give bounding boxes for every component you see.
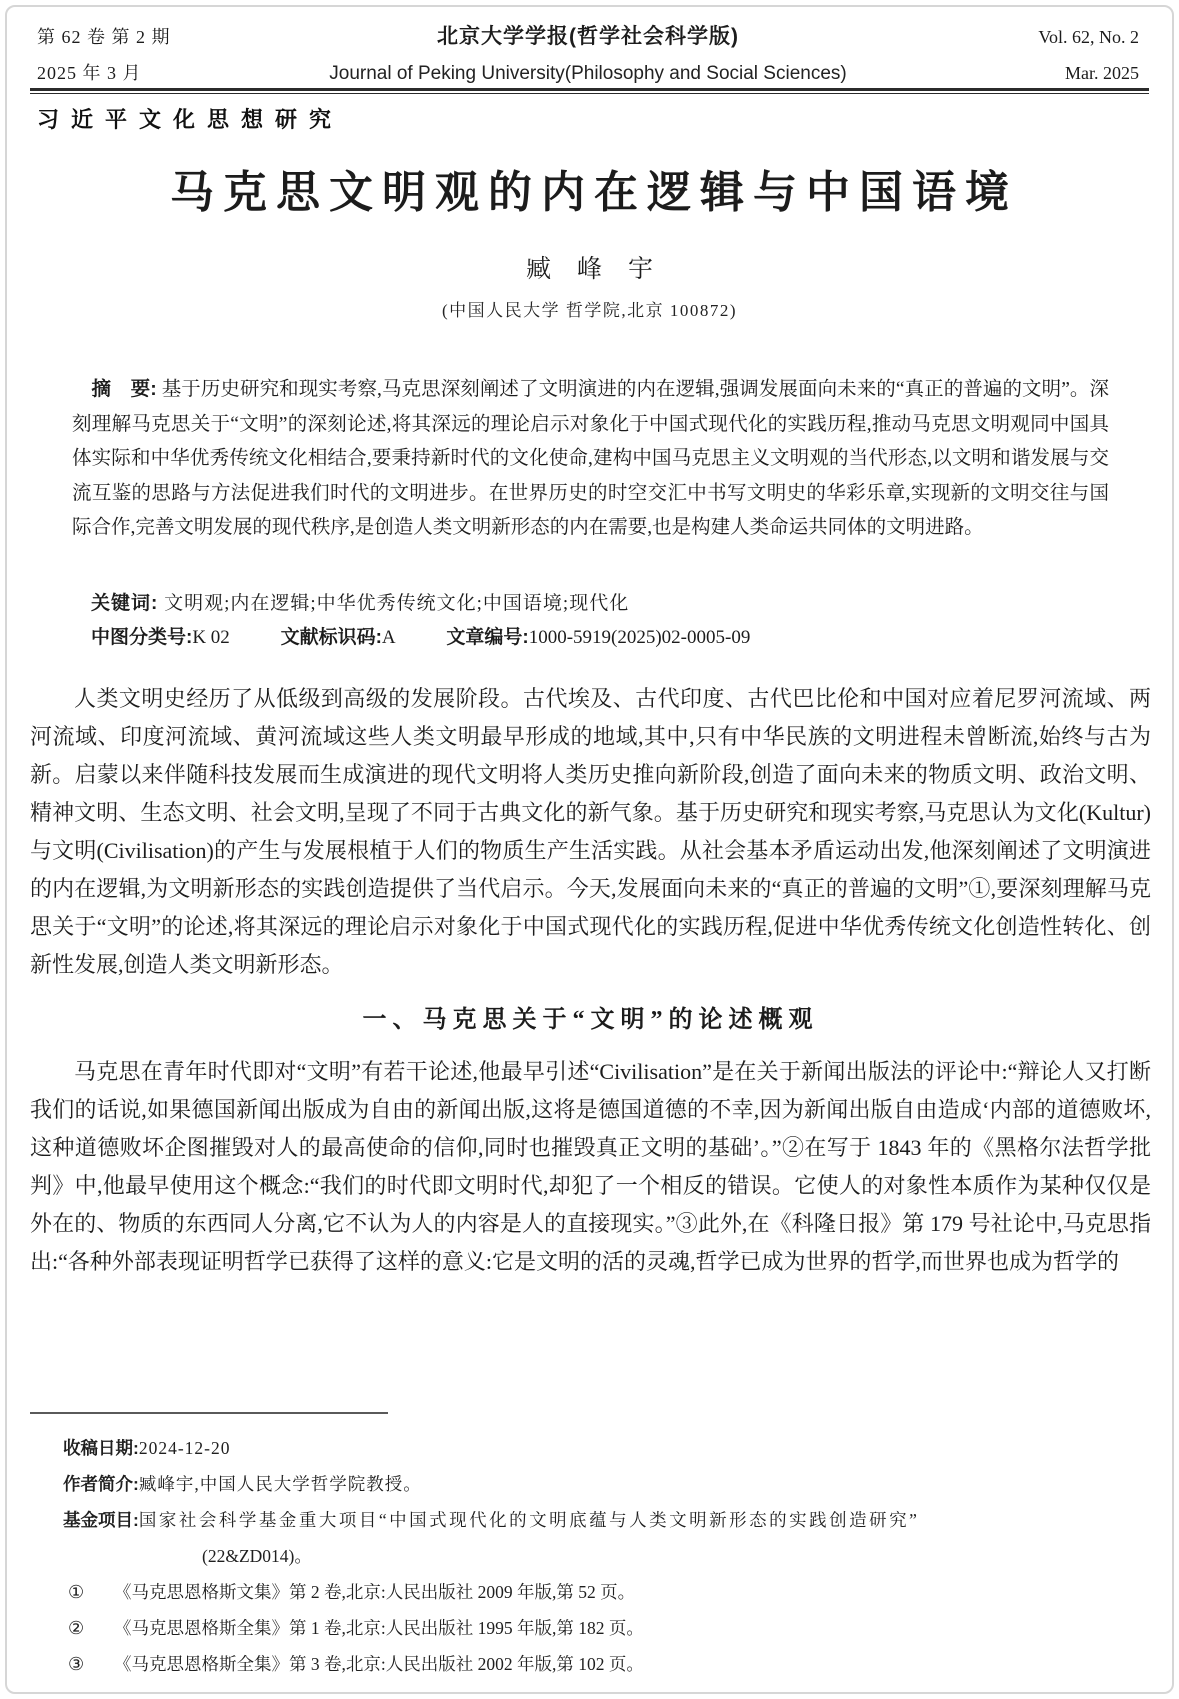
journal-page: 第 62 卷 第 2 期 北京大学学报(哲学社会科学版) Vol. 62, No… xyxy=(0,0,1179,1699)
author-bio-label: 作者简介: xyxy=(63,1466,139,1502)
body-paragraph-1: 人类文明史经历了从低级到高级的发展阶段。古代埃及、古代印度、古代巴比伦和中国对应… xyxy=(30,680,1151,984)
received-date-label: 收稿日期: xyxy=(63,1430,139,1466)
author-bio-value: 臧峰宇,中国人民大学哲学院教授。 xyxy=(139,1466,422,1502)
doc-code-group: 文献标识码:A xyxy=(281,627,396,648)
footnote-3-text: 《马克思恩格斯全集》第 3 卷,北京:人民出版社 2002 年版,第 102 页… xyxy=(114,1646,644,1682)
masthead-divider xyxy=(30,88,1149,94)
body-paragraph-2: 马克思在青年时代即对“文明”有若干论述,他最早引述“Civilisation”是… xyxy=(30,1053,1151,1281)
fund-project-label: 基金项目: xyxy=(63,1502,139,1538)
divider-thin-line xyxy=(30,93,1149,94)
author-bio-line: 作者简介: 臧峰宇,中国人民大学哲学院教授。 xyxy=(30,1466,1139,1502)
clc-label: 中图分类号: xyxy=(91,627,192,648)
footnote-2-text: 《马克思恩格斯全集》第 1 卷,北京:人民出版社 1995 年版,第 182 页… xyxy=(114,1610,644,1646)
keywords-label: 关键词: xyxy=(91,593,158,614)
article-id-value: 1000-5919(2025)02-0005-09 xyxy=(529,627,751,648)
article-title: 马克思文明观的内在逻辑与中国语境 xyxy=(0,156,1179,220)
doc-code-label: 文献标识码: xyxy=(281,627,382,648)
abstract-label: 摘 要: xyxy=(92,378,157,400)
footnote-1-marker: ① xyxy=(68,1574,114,1610)
volume-issue-en: Vol. 62, No. 2 xyxy=(739,27,1139,48)
keywords-line: 关键词: 文明观;内在逻辑;中华优秀传统文化;中国语境;现代化 xyxy=(72,588,1109,615)
doc-code-value: A xyxy=(382,627,396,648)
divider-thick-line xyxy=(30,88,1149,91)
journal-title-zh: 北京大学学报(哲学社会科学版) xyxy=(437,20,739,50)
author-affiliation: (中国人民大学 哲学院,北京 100872) xyxy=(0,296,1179,321)
section-1-heading: 一、马克思关于“文明”的论述概观 xyxy=(30,1001,1151,1039)
volume-issue-zh: 第 62 卷 第 2 期 xyxy=(37,23,437,49)
date-zh: 2025 年 3 月 xyxy=(37,59,329,85)
clc-group: 中图分类号:K 02 xyxy=(91,627,230,648)
fund-project-id: (22&ZD014)。 xyxy=(30,1538,1139,1574)
footnote-item-3: ③ 《马克思恩格斯全集》第 3 卷,北京:人民出版社 2002 年版,第 102… xyxy=(30,1646,1139,1682)
classification-line: 中图分类号:K 02 文献标识码:A 文章编号:1000-5919(2025)0… xyxy=(72,622,1109,649)
article-id-label: 文章编号: xyxy=(446,627,528,648)
footnote-divider xyxy=(30,1412,388,1414)
footnote-item-2: ② 《马克思恩格斯全集》第 1 卷,北京:人民出版社 1995 年版,第 182… xyxy=(30,1610,1139,1646)
date-en: Mar. 2025 xyxy=(847,63,1139,84)
footnote-area: 收稿日期: 2024-12-20 作者简介: 臧峰宇,中国人民大学哲学院教授。 … xyxy=(30,1412,1139,1682)
header-row-1: 第 62 卷 第 2 期 北京大学学报(哲学社会科学版) Vol. 62, No… xyxy=(37,20,1139,50)
received-date-line: 收稿日期: 2024-12-20 xyxy=(30,1430,1139,1466)
footnote-2-marker: ② xyxy=(68,1610,114,1646)
author-name: 臧峰宇 xyxy=(0,249,1179,285)
footnote-1-text: 《马克思恩格斯文集》第 2 卷,北京:人民出版社 2009 年版,第 52 页。 xyxy=(114,1574,635,1610)
received-date-value: 2024-12-20 xyxy=(139,1430,231,1466)
keywords-text: 文明观;内在逻辑;中华优秀传统文化;中国语境;现代化 xyxy=(164,593,629,614)
journal-title-en: Journal of Peking University(Philosophy … xyxy=(329,63,846,85)
fund-project-text: 国家社会科学基金重大项目“中国式现代化的文明底蕴与人类文明新形态的实践创造研究” xyxy=(139,1502,920,1538)
clc-value: K 02 xyxy=(192,627,229,648)
special-column-label: 习近平文化思想研究 xyxy=(37,103,343,134)
footnote-item-1: ① 《马克思恩格斯文集》第 2 卷,北京:人民出版社 2009 年版,第 52 … xyxy=(30,1574,1139,1610)
journal-header: 第 62 卷 第 2 期 北京大学学报(哲学社会科学版) Vol. 62, No… xyxy=(37,20,1139,94)
abstract: 摘 要: 基于历史研究和现实考察,马克思深刻阐述了文明演进的内在逻辑,强调发展面… xyxy=(72,372,1109,546)
fund-project-line: 基金项目: 国家社会科学基金重大项目“中国式现代化的文明底蕴与人类文明新形态的实… xyxy=(30,1502,1139,1538)
abstract-text: 基于历史研究和现实考察,马克思深刻阐述了文明演进的内在逻辑,强调发展面向未来的“… xyxy=(72,379,1109,538)
article-id-group: 文章编号:1000-5919(2025)02-0005-09 xyxy=(446,627,750,648)
footnote-3-marker: ③ xyxy=(68,1646,114,1682)
article-body: 人类文明史经历了从低级到高级的发展阶段。古代埃及、古代印度、古代巴比伦和中国对应… xyxy=(30,680,1151,1281)
header-row-2: 2025 年 3 月 Journal of Peking University(… xyxy=(37,59,1139,85)
